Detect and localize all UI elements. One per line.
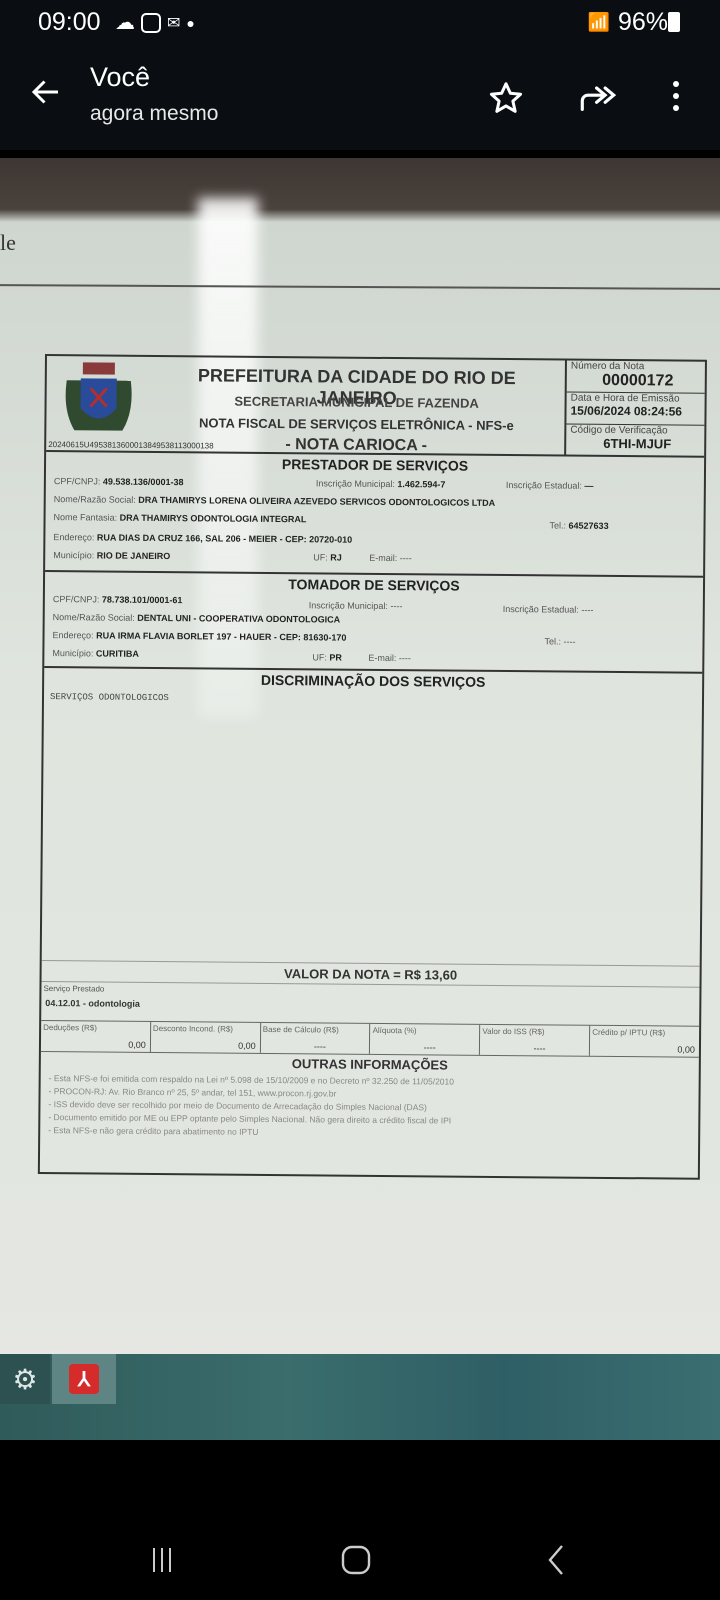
- photo-image[interactable]: le PREFEITURA DA CIDADE DO RIO DE JANEIR…: [0, 158, 720, 1440]
- more-options-icon[interactable]: [666, 76, 686, 116]
- tax-cell: Alíquota (%)----: [370, 1024, 480, 1055]
- tomador-endereco: RUA IRMA FLAVIA BORLET 197 - HAUER - CEP…: [96, 630, 346, 642]
- barcode-text: 20240615U4953813600013849538113000138: [48, 440, 213, 450]
- back-arrow-icon[interactable]: [28, 74, 64, 110]
- city-crest-icon: [60, 360, 137, 437]
- nfse-document: PREFEITURA DA CIDADE DO RIO DE JANEIRO S…: [38, 354, 707, 1180]
- document-header: PREFEITURA DA CIDADE DO RIO DE JANEIRO S…: [46, 356, 705, 458]
- instagram-icon: [141, 13, 161, 33]
- taskbar: ⚙ ⅄: [0, 1354, 720, 1440]
- home-icon[interactable]: [336, 1540, 376, 1580]
- forward-icon[interactable]: [578, 80, 618, 116]
- tomador-cnpj: 78.738.101/0001-61: [102, 595, 183, 606]
- tax-cell: Base de Cálculo (R$)----: [261, 1023, 371, 1054]
- app-bar: Você agora mesmo: [0, 46, 720, 150]
- notification-icons: ☁ ✉ ●: [115, 10, 195, 35]
- data-emissao: Data e Hora de Emissão 15/06/2024 08:24:…: [566, 393, 704, 426]
- outras-title: OUTRAS INFORMAÇÕES: [41, 1054, 699, 1075]
- sender-title: Você: [90, 62, 150, 93]
- divider: [0, 284, 720, 290]
- cloud-icon: ☁: [115, 10, 135, 35]
- status-right: 📶 96%: [588, 8, 668, 37]
- prestador-fantasia: DRA THAMIRYS ODONTOLOGIA INTEGRAL: [120, 513, 307, 525]
- numero-nota: Número da Nota 00000172: [567, 361, 705, 394]
- tomador-nome: DENTAL UNI - COOPERATIVA ODONTOLOGICA: [137, 613, 340, 625]
- back-icon[interactable]: [536, 1540, 576, 1580]
- outlook-icon: ✉: [167, 13, 180, 33]
- status-time: 09:00: [38, 8, 101, 37]
- recent-apps-icon[interactable]: [142, 1540, 182, 1580]
- pdf-taskbar-item: ⅄: [52, 1354, 116, 1404]
- pdf-icon: ⅄: [69, 1364, 99, 1394]
- timestamp: agora mesmo: [90, 102, 218, 126]
- battery-percent: 96%: [618, 8, 668, 37]
- battery-icon: [668, 12, 680, 32]
- prestador-title: PRESTADOR DE SERVIÇOS: [46, 454, 704, 476]
- discriminacao-section: DISCRIMINAÇÃO DOS SERVIÇOS SERVIÇOS ODON…: [42, 668, 703, 964]
- tax-cell: Valor do ISS (R$)----: [480, 1025, 590, 1056]
- prestador-cnpj: 49.538.136/0001-38: [103, 477, 184, 488]
- star-icon[interactable]: [488, 80, 524, 116]
- tax-table: Deduções (R$)0,00 Desconto Incond. (R$)0…: [41, 1020, 699, 1058]
- discriminacao-title: DISCRIMINAÇÃO DOS SERVIÇOS: [44, 670, 702, 692]
- tomador-section: TOMADOR DE SERVIÇOS CPF/CNPJ: 78.738.101…: [44, 572, 703, 674]
- header-secretaria: SECRETARIA MUNICIPAL DE FAZENDA: [157, 393, 557, 411]
- wifi-icon: 📶: [588, 12, 610, 33]
- tax-cell: Desconto Incond. (R$)0,00: [151, 1022, 261, 1053]
- header-info-box: Número da Nota 00000172 Data e Hora de E…: [564, 361, 705, 458]
- tax-cell: Crédito p/ IPTU (R$)0,00: [590, 1026, 699, 1057]
- codigo-verificacao: Código de Verificação 6THI-MJUF: [566, 425, 704, 458]
- navigation-bar: [0, 1440, 720, 1600]
- status-bar: 09:00 ☁ ✉ ● 📶 96%: [0, 0, 720, 46]
- prestador-endereco: RUA DIAS DA CRUZ 166, SAL 206 - MEIER - …: [97, 532, 352, 544]
- tomador-title: TOMADOR DE SERVIÇOS: [45, 574, 703, 596]
- header-nfse: NOTA FISCAL DE SERVIÇOS ELETRÔNICA - NFS…: [156, 415, 556, 433]
- prestador-nome: DRA THAMIRYS LORENA OLIVEIRA AZEVEDO SER…: [138, 495, 495, 508]
- outras-list: - Esta NFS-e foi emitida com respaldo na…: [48, 1072, 454, 1141]
- servico-value: 04.12.01 - odontologia: [45, 998, 140, 1009]
- tax-cell: Deduções (R$)0,00: [41, 1021, 151, 1052]
- prestador-section: PRESTADOR DE SERVIÇOS CPF/CNPJ: 49.538.1…: [45, 452, 704, 578]
- discriminacao-text: SERVIÇOS ODONTOLOGICOS: [50, 692, 169, 703]
- dot-icon: ●: [186, 15, 194, 31]
- prestador-im: 1.462.594-7: [397, 479, 445, 489]
- servico-label: Serviço Prestado: [43, 984, 104, 994]
- valor-nota: VALOR DA NOTA = R$ 13,60: [42, 960, 700, 988]
- web-heading-fragment: le: [0, 230, 16, 256]
- gear-icon: ⚙: [0, 1354, 50, 1404]
